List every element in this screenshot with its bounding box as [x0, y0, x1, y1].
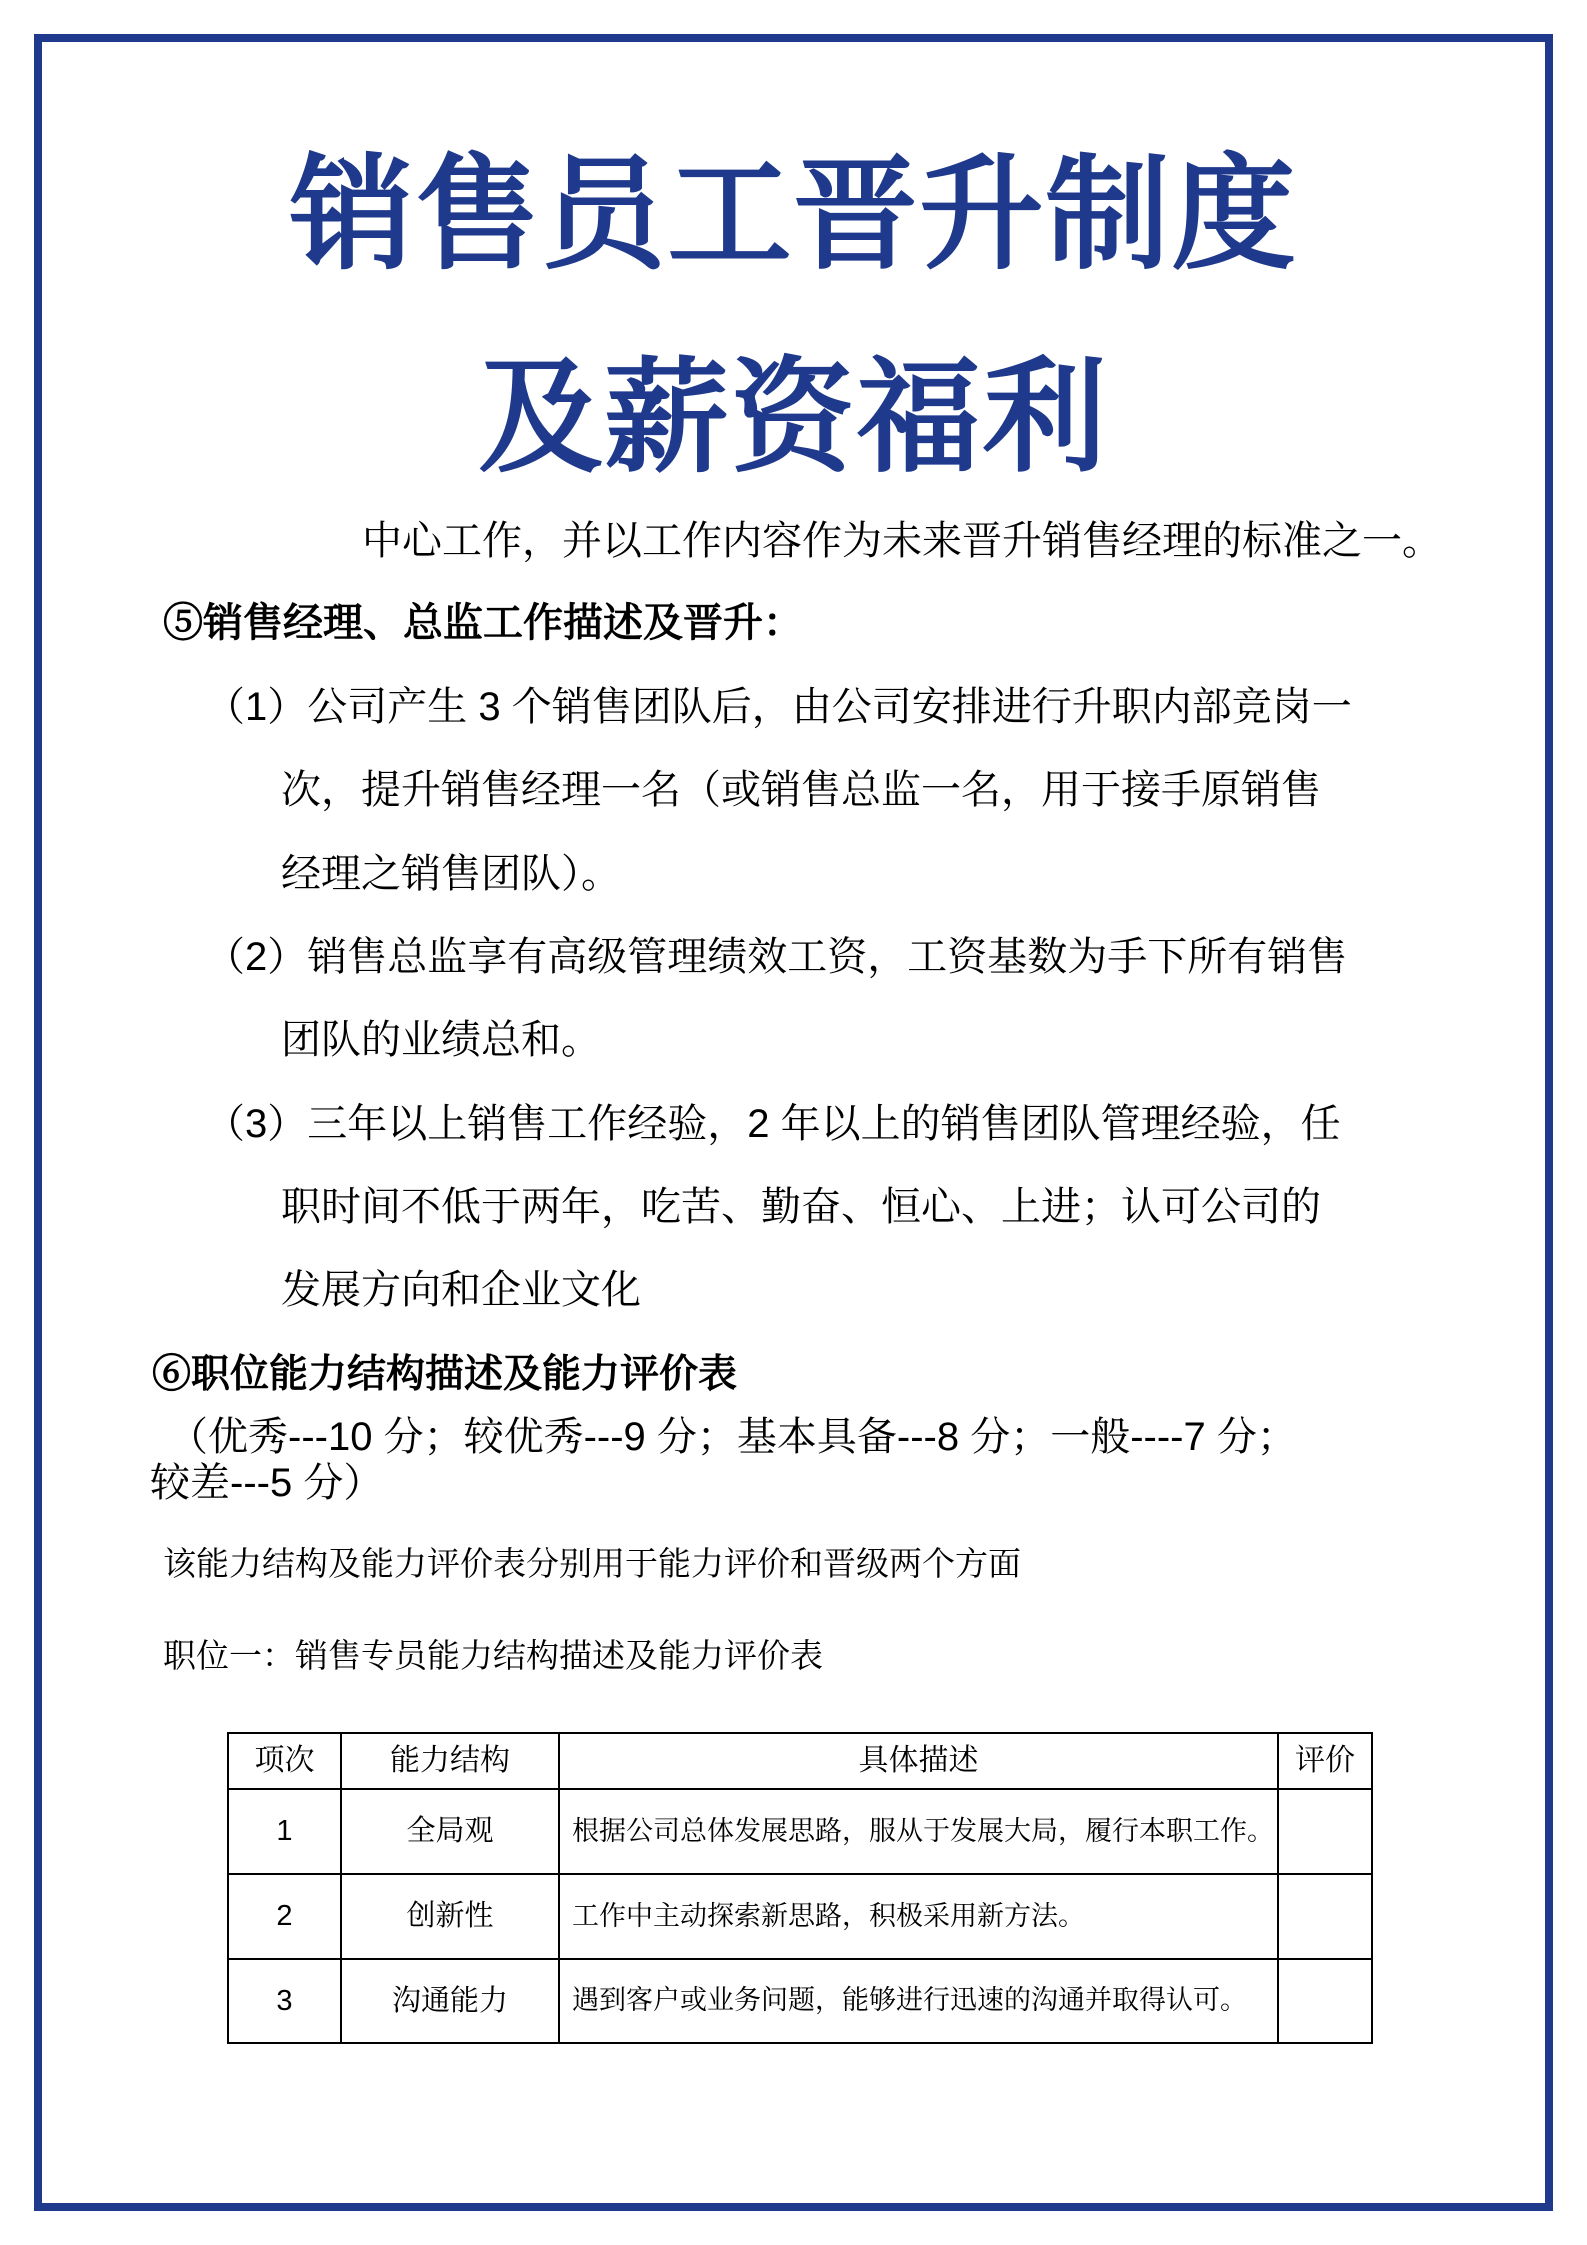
position1-title: 职位一：销售专员能力结构描述及能力评价表 — [163, 1637, 823, 1676]
ability-evaluation-table: 项次 能力结构 具体描述 评价 1 全局观 根据公司总体发展思路，服从于发展大局… — [227, 1732, 1373, 2044]
header-item-no: 项次 — [228, 1733, 341, 1789]
section5-item1-line3: 经理之销售团队）。 — [281, 851, 621, 898]
cell-description: 遇到客户或业务问题，能够进行迅速的沟通并取得认可。 — [559, 1959, 1278, 2043]
cell-rating — [1278, 1874, 1372, 1959]
section5-item2-line2: 团队的业绩总和。 — [281, 1017, 601, 1064]
section6-heading: ⑥职位能力结构描述及能力评价表 — [152, 1352, 737, 1398]
table-usage-note: 该能力结构及能力评价表分别用于能力评价和晋级两个方面 — [163, 1545, 1021, 1584]
cell-item-no: 2 — [228, 1874, 341, 1959]
document-page: 销售员工晋升制度 及薪资福利 中心工作，并以工作内容作为未来晋升销售经理的标准之… — [0, 0, 1587, 2245]
cell-ability: 创新性 — [341, 1874, 559, 1959]
section5-item3-line1: （3）三年以上销售工作经验，2 年以上的销售团队管理经验，任 — [205, 1101, 1341, 1148]
table-header-row: 项次 能力结构 具体描述 评价 — [228, 1733, 1372, 1789]
document-title-line1: 销售员工晋升制度 — [0, 142, 1587, 288]
rating-scale-line1: （优秀---10 分；较优秀---9 分；基本具备---8 分；一般----7 … — [168, 1414, 1297, 1461]
cell-ability: 全局观 — [341, 1789, 559, 1874]
section5-item2-line1: （2）销售总监享有高级管理绩效工资，工资基数为手下所有销售 — [205, 934, 1347, 981]
section5-item1-line2: 次，提升销售经理一名（或销售总监一名，用于接手原销售 — [281, 767, 1321, 814]
table: 项次 能力结构 具体描述 评价 1 全局观 根据公司总体发展思路，服从于发展大局… — [227, 1732, 1373, 2044]
section5-heading: ⑤销售经理、总监工作描述及晋升： — [163, 600, 803, 647]
section5-item3-line3: 发展方向和企业文化 — [281, 1267, 641, 1314]
cell-description: 工作中主动探索新思路，积极采用新方法。 — [559, 1874, 1278, 1959]
cell-description: 根据公司总体发展思路，服从于发展大局，履行本职工作。 — [559, 1789, 1278, 1874]
header-rating: 评价 — [1278, 1733, 1372, 1789]
table-row: 3 沟通能力 遇到客户或业务问题，能够进行迅速的沟通并取得认可。 — [228, 1959, 1372, 2043]
rating-scale-line2: 较差---5 分） — [150, 1460, 383, 1507]
cell-ability: 沟通能力 — [341, 1959, 559, 2043]
section5-item1-line1: （1）公司产生 3 个销售团队后，由公司安排进行升职内部竞岗一 — [205, 684, 1352, 731]
cell-item-no: 1 — [228, 1789, 341, 1874]
cell-item-no: 3 — [228, 1959, 341, 2043]
table-row: 1 全局观 根据公司总体发展思路，服从于发展大局，履行本职工作。 — [228, 1789, 1372, 1874]
cell-rating — [1278, 1959, 1372, 2043]
header-ability: 能力结构 — [341, 1733, 559, 1789]
section5-item3-line2: 职时间不低于两年，吃苦、勤奋、恒心、上进；认可公司的 — [281, 1184, 1321, 1231]
table-row: 2 创新性 工作中主动探索新思路，积极采用新方法。 — [228, 1874, 1372, 1959]
intro-paragraph: 中心工作，并以工作内容作为未来晋升销售经理的标准之一。 — [362, 518, 1442, 565]
document-title-line2: 及薪资福利 — [0, 345, 1587, 491]
header-description: 具体描述 — [559, 1733, 1278, 1789]
cell-rating — [1278, 1789, 1372, 1874]
